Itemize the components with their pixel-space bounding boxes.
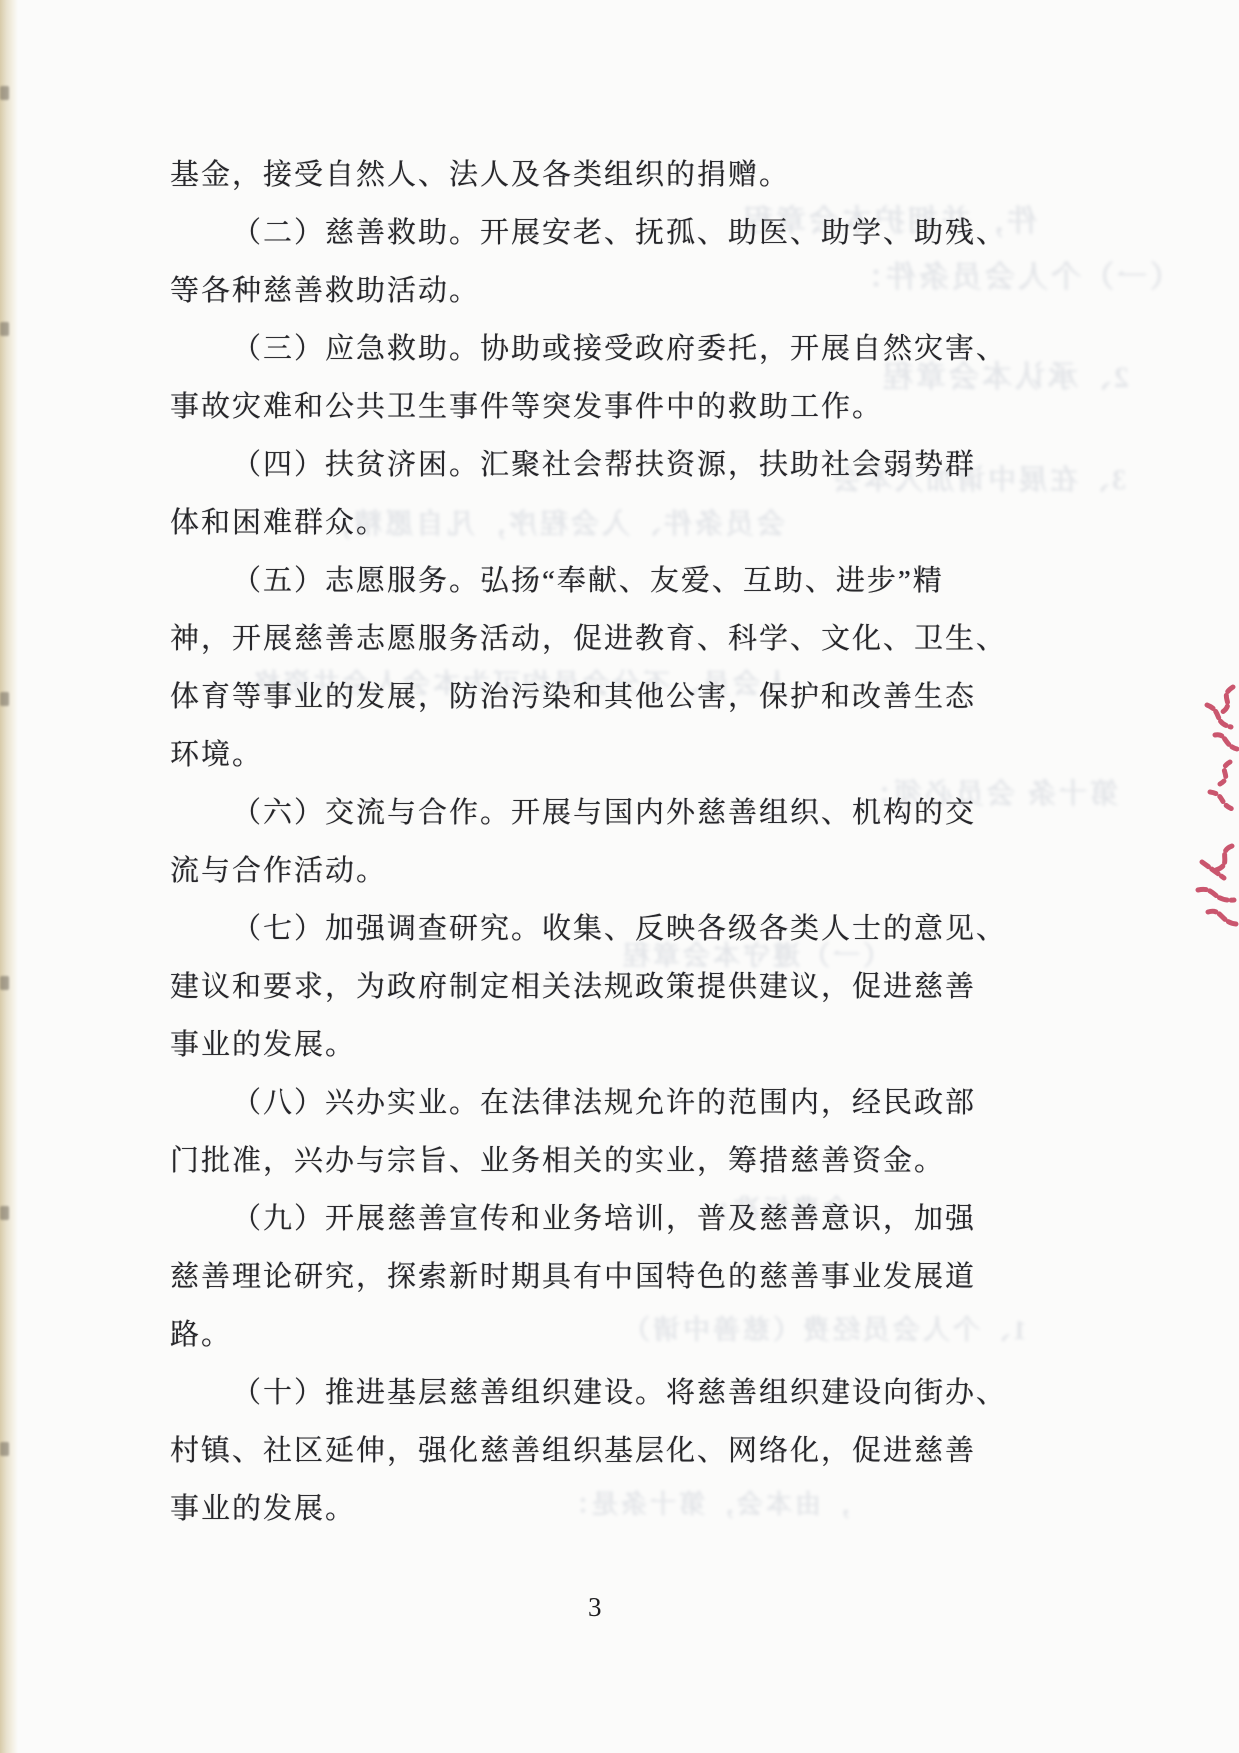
text-line: 体育等事业的发展，防治污染和其他公害，保护和改善生态 xyxy=(170,668,980,726)
text-line: 环境。 xyxy=(170,726,980,784)
text-line: （十）推进基层慈善组织建设。将慈善组织建设向街办、 xyxy=(170,1364,980,1422)
scan-smudge xyxy=(0,692,9,706)
text-line: （六）交流与合作。开展与国内外慈善组织、机构的交 xyxy=(170,784,980,842)
red-seal-fragment-icon xyxy=(1190,842,1239,928)
text-line: 基金，接受自然人、法人及各类组织的捐赠。 xyxy=(170,146,980,204)
page-number: 3 xyxy=(588,1592,602,1623)
scan-smudge xyxy=(0,976,9,990)
scan-smudge xyxy=(0,1442,9,1456)
text-line: （三）应急救助。协助或接受政府委托，开展自然灾害、 xyxy=(170,320,980,378)
document-page: 件，并拥护本会章程（一）个人会员条件：2、承认本会章程3、在展中请加入本会会员条… xyxy=(0,0,1239,1753)
text-line: （四）扶贫济困。汇聚社会帮扶资源，扶助社会弱势群 xyxy=(170,436,980,494)
document-body: 基金，接受自然人、法人及各类组织的捐赠。（二）慈善救助。开展安老、抚孤、助医、助… xyxy=(170,146,980,1538)
scan-smudge xyxy=(0,86,9,100)
text-line: 流与合作活动。 xyxy=(170,842,980,900)
text-line: （八）兴办实业。在法律法规允许的范围内，经民政部 xyxy=(170,1074,980,1132)
scan-smudge xyxy=(0,1206,9,1220)
text-line: 等各种慈善救助活动。 xyxy=(170,262,980,320)
text-line: 事故灾难和公共卫生事件等突发事件中的救助工作。 xyxy=(170,378,980,436)
text-line: 神，开展慈善志愿服务活动，促进教育、科学、文化、卫生、 xyxy=(170,610,980,668)
text-line: 门批准，兴办与宗旨、业务相关的实业，筹措慈善资金。 xyxy=(170,1132,980,1190)
text-line: 事业的发展。 xyxy=(170,1016,980,1074)
text-line: （七）加强调查研究。收集、反映各级各类人士的意见、 xyxy=(170,900,980,958)
text-line: 路。 xyxy=(170,1306,980,1364)
text-line: 慈善理论研究，探索新时期具有中国特色的慈善事业发展道 xyxy=(170,1248,980,1306)
scan-smudge xyxy=(0,322,9,336)
red-seal-fragment-icon xyxy=(1193,683,1239,755)
red-seal-fragment-icon xyxy=(1200,758,1239,816)
text-line: 村镇、社区延伸，强化慈善组织基层化、网络化，促进慈善 xyxy=(170,1422,980,1480)
text-line: 事业的发展。 xyxy=(170,1480,980,1538)
text-line: 体和困难群众。 xyxy=(170,494,980,552)
text-line: （五）志愿服务。弘扬“奉献、友爱、互助、进步”精 xyxy=(170,552,980,610)
scan-edge-strip xyxy=(0,0,18,1753)
text-line: （九）开展慈善宣传和业务培训，普及慈善意识，加强 xyxy=(170,1190,980,1248)
text-line: 建议和要求，为政府制定相关法规政策提供建议，促进慈善 xyxy=(170,958,980,1016)
text-line: （二）慈善救助。开展安老、抚孤、助医、助学、助残、 xyxy=(170,204,980,262)
